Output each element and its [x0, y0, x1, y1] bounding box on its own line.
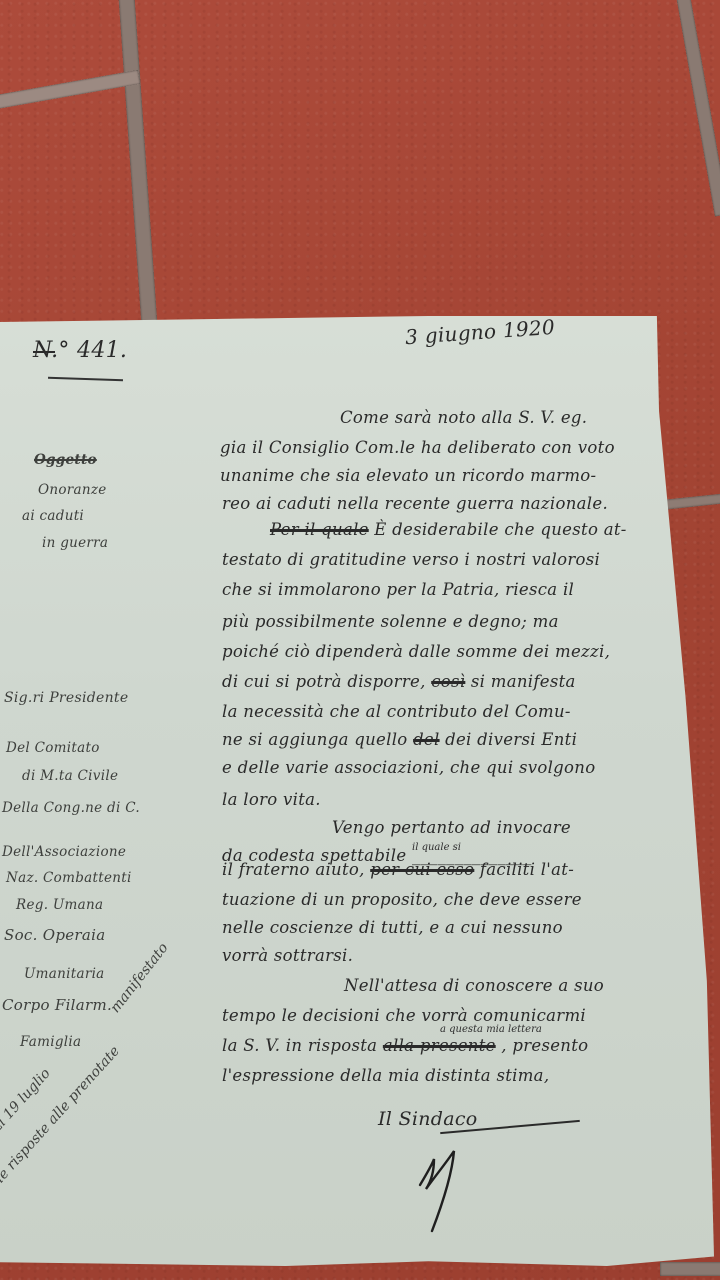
body-line: testato di gratitudine verso i nostri va…	[222, 550, 600, 569]
addressee-entry: Famiglia	[20, 1034, 81, 1050]
margin-struck-word: Oggetto	[34, 452, 97, 468]
body-line: l'espressione della mia distinta stima,	[222, 1066, 549, 1085]
body-line: Vengo pertanto ad invocare	[332, 818, 571, 837]
addressee-heading: Sig.ri Presidente	[4, 690, 128, 706]
addressee-entry: Corpo Filarm.	[2, 996, 112, 1014]
body-line: Nell'attesa di conoscere a suo	[344, 976, 604, 995]
addressee-entry: Soc. Operaia	[4, 926, 105, 944]
body-line: che si immolarono per la Patria, riesca …	[222, 580, 574, 599]
body-line: tempo le decisioni che vorrà comunicarmi	[222, 1006, 586, 1025]
addressee-entry: Naz. Combattenti	[6, 870, 132, 886]
body-line: unanime che sia elevato un ricordo marmo…	[220, 466, 596, 485]
body-line: la loro vita.	[222, 790, 321, 809]
addressee-entry: Del Comitato	[6, 740, 100, 756]
body-line: nelle coscienze di tutti, e a cui nessun…	[222, 918, 563, 937]
body-line: gia il Consiglio Com.le ha deliberato co…	[220, 438, 615, 457]
body-line: e delle varie associazioni, che qui svol…	[222, 758, 595, 777]
addressee-entry: Umanitaria	[24, 966, 105, 982]
addressee-entry: Dell'Associazione	[2, 844, 126, 860]
closing-title: Il Sindaco	[378, 1108, 478, 1130]
addressee-entry: di M.ta Civile	[22, 768, 118, 784]
struck-text: così	[431, 672, 465, 691]
body-line: Come sarà noto alla S. V. eg.	[340, 408, 587, 427]
body-line: di cui si potrà disporre,	[222, 672, 426, 691]
body-line: reo ai caduti nella recente guerra nazio…	[222, 494, 608, 513]
struck-text: alla presente	[383, 1036, 496, 1055]
body-line: più possibilmente solenne e degno; ma	[222, 612, 559, 631]
struck-text: per cui esso	[370, 860, 474, 879]
body-line: faciliti l'at-	[480, 860, 574, 879]
body-line: la S. V. in risposta	[222, 1036, 377, 1055]
protocol-strike-mark	[33, 351, 55, 353]
body-line: È desiderabile che questo at-	[374, 520, 626, 539]
body-line: si manifesta	[471, 672, 576, 691]
body-line: la necessità che al contributo del Comu-	[222, 702, 571, 721]
margin-subject-line: in guerra	[42, 535, 108, 551]
body-line: poiché ciò dipenderà dalle somme dei mez…	[222, 642, 610, 661]
body-line: ne si aggiunga quello	[222, 730, 408, 749]
letter-sheet	[0, 316, 714, 1266]
addressee-entry: Reg. Umana	[16, 897, 103, 913]
addressee-entry: Della Cong.ne di C.	[2, 800, 140, 816]
margin-subject-line: ai caduti	[22, 508, 84, 524]
margin-subject-line: Onoranze	[38, 482, 107, 498]
body-line: dei diversi Enti	[445, 730, 577, 749]
tile-grout-line	[660, 1262, 720, 1276]
body-line: , presento	[501, 1036, 588, 1055]
signature-icon	[412, 1145, 482, 1235]
interlinear-insertion: il quale si	[412, 842, 461, 853]
struck-text: del	[413, 730, 440, 749]
body-line: il fraterno aiuto,	[222, 860, 365, 879]
struck-text: Per il quale	[270, 520, 369, 539]
body-line: tuazione di un proposito, che deve esser…	[222, 890, 582, 909]
body-line: vorrà sottrarsi.	[222, 946, 353, 965]
interlinear-insertion: a questa mia lettera	[440, 1024, 542, 1035]
